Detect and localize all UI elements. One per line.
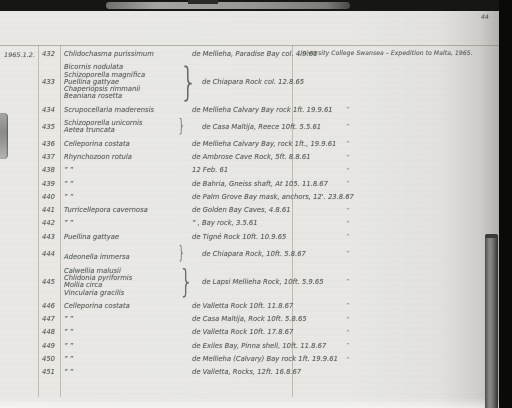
book-clamp — [485, 238, 498, 408]
species-names: Schizoporella unicornisAetea truncata — [64, 120, 186, 135]
register-row: 449” ”de Exiles Bay, Pinna shell, 10ft. … — [40, 343, 492, 350]
register-row: 450” ”de Mellieha (Calvary) Bay rock 1ft… — [40, 356, 492, 363]
group-brace: } — [179, 279, 193, 286]
species-names: Rhynchozoon rotula — [64, 154, 186, 161]
group-brace: } — [180, 79, 198, 86]
right-column-ditto-mark: ” — [346, 207, 349, 214]
locality-and-date: ” , Bay rock, 3.5.61 — [186, 220, 492, 227]
species-line: Vincularia gracilis — [64, 290, 186, 297]
entry-number: 444 — [40, 251, 64, 258]
book-page-edges — [106, 2, 350, 9]
species-line: ” ” — [64, 181, 186, 188]
register-rows: 432Chlidochasma purissimumde Mellieha, P… — [40, 51, 492, 377]
species-line: Turricellepora cavernosa — [64, 207, 186, 214]
entry-number: 433 — [40, 79, 64, 86]
register-row: 438” ”12 Feb. 61” — [40, 167, 492, 174]
right-column-ditto-mark: ” — [346, 107, 349, 114]
right-column-ditto-mark: ” — [346, 343, 349, 350]
species-line: Adeonella immersa — [64, 254, 186, 261]
species-names: Scrupocellaria maderensis — [64, 107, 186, 114]
entry-number: 446 — [40, 303, 64, 310]
entry-number: 447 — [40, 316, 64, 323]
locality-and-date: de Ambrose Cave Rock, 5ft. 8.8.61 — [186, 154, 492, 161]
header-rule — [0, 45, 499, 46]
page-number: 44 — [481, 14, 489, 21]
species-names: ” ” — [64, 220, 186, 227]
right-column-ditto-mark: ” — [346, 279, 349, 286]
group-brace: } — [178, 251, 186, 258]
species-names: ” ” — [64, 329, 186, 336]
species-line: ” ” — [64, 316, 186, 323]
entry-number: 445 — [40, 279, 64, 286]
register-row: 444 Adeonella immersa}de Chiapara Rock, … — [40, 247, 492, 262]
register-row: 442” ”” , Bay rock, 3.5.61” — [40, 220, 492, 227]
entry-number: 443 — [40, 234, 64, 241]
right-column-ditto-mark: ” — [346, 356, 349, 363]
species-names: ” ” — [64, 316, 186, 323]
scan-background-right — [499, 0, 512, 408]
species-names: Turricellepora cavernosa — [64, 207, 186, 214]
register-row: 443Puellina gattyaede Tigné Rock 10ft. 1… — [40, 234, 492, 241]
species-names: ” ” — [64, 369, 186, 376]
right-column-ditto-mark: ” — [346, 124, 349, 131]
entry-number: 435 — [40, 124, 64, 131]
species-line: ” ” — [64, 167, 186, 174]
species-names: Chlidochasma purissimum — [64, 51, 186, 58]
species-line: ” ” — [64, 343, 186, 350]
species-names: Calwellia malusiiChlidonia pyriformisMol… — [64, 268, 186, 297]
right-column-ditto-mark: ” — [346, 141, 349, 148]
species-names: ” ” — [64, 167, 186, 174]
register-row: 434Scrupocellaria maderensisde Mellieha … — [40, 107, 492, 114]
locality-and-date: de Mellieha, Paradise Bay col. 4.9.61 — [186, 51, 492, 58]
register-row: 446Celleporina costatade Valletta Rock 1… — [40, 303, 492, 310]
species-line: ” ” — [64, 329, 186, 336]
register-row: 437Rhynchozoon rotulade Ambrose Cave Roc… — [40, 154, 492, 161]
right-column-ditto-mark: ” — [346, 234, 349, 241]
register-row: 435Schizoporella unicornisAetea truncata… — [40, 120, 492, 135]
right-column-ditto-mark: ” — [346, 303, 349, 310]
register-row: 433Bicornis nodulataSchizoporella magnif… — [40, 64, 492, 100]
entry-number: 442 — [40, 220, 64, 227]
register-row: 447” ”de Casa Maltija, Rock 10ft. 5.8.65… — [40, 316, 492, 323]
locality-and-date: de Valletta Rock 10ft. 17.8.67 — [186, 329, 492, 336]
group-brace: } — [178, 124, 186, 131]
right-column-ditto-mark: ” — [346, 329, 349, 336]
species-names: ” ” — [64, 356, 186, 363]
right-column-ditto-mark: ” — [346, 181, 349, 188]
register-row: 432Chlidochasma purissimumde Mellieha, P… — [40, 51, 492, 58]
entry-number: 448 — [40, 329, 64, 336]
locality-and-date: 12 Feb. 61 — [186, 167, 492, 174]
register-row: 451” ”de Valletta, Rocks, 12ft. 16.8.67 — [40, 369, 492, 376]
entry-number: 437 — [40, 154, 64, 161]
register-row: 440” ”de Palm Grove Bay mask, anchors, 1… — [40, 194, 492, 201]
entry-number: 432 — [40, 51, 64, 58]
margin-rule-left — [38, 45, 39, 397]
species-names: ” ” — [64, 181, 186, 188]
species-line: Rhynchozoon rotula — [64, 154, 186, 161]
locality-and-date: de Valletta Rock 10ft. 11.8.67 — [186, 303, 492, 310]
entry-number: 436 — [40, 141, 64, 148]
locality-and-date: de Valletta, Rocks, 12ft. 16.8.67 — [186, 369, 492, 376]
locality-and-date: de Exiles Bay, Pinna shell, 10ft. 11.8.6… — [186, 343, 492, 350]
entry-number: 451 — [40, 369, 64, 376]
species-line: Beaniana rosetta — [64, 93, 186, 100]
species-names: Puellina gattyae — [64, 234, 186, 241]
locality-and-date: de Palm Grove Bay mask, anchors, 12'. 23… — [186, 194, 492, 201]
species-line: Chlidochasma purissimum — [64, 51, 186, 58]
page-edge-notch — [188, 0, 218, 4]
right-column-ditto-mark: ” — [346, 194, 349, 201]
species-line: ” ” — [64, 356, 186, 363]
species-names: ” ” — [64, 194, 186, 201]
scanned-register-photo: 44 1965.1.2. University College Swansea … — [0, 0, 512, 408]
species-line: Scrupocellaria maderensis — [64, 107, 186, 114]
entry-number: 440 — [40, 194, 64, 201]
locality-and-date: de Mellieha (Calvary) Bay rock 1ft. 19.9… — [186, 356, 492, 363]
right-column-ditto-mark: ” — [346, 154, 349, 161]
locality-and-date: de Tigné Rock 10ft. 10.9.65 — [186, 234, 492, 241]
locality-and-date: de Mellieha Calvary Bay, rock 1ft., 19.9… — [186, 141, 492, 148]
entry-number: 449 — [40, 343, 64, 350]
right-column-ditto-mark: ” — [346, 167, 349, 174]
locality-and-date: de Bahria, Gneiss shaft, At 105. 11.8.67 — [186, 181, 492, 188]
accession-label: 1965.1.2. — [4, 51, 35, 59]
right-column-ditto-mark: ” — [346, 316, 349, 323]
entry-number: 438 — [40, 167, 64, 174]
register-row: 439” ”de Bahria, Gneiss shaft, At 105. 1… — [40, 181, 492, 188]
species-line: Aetea truncata — [64, 127, 186, 134]
register-row: 441Turricellepora cavernosade Golden Bay… — [40, 207, 492, 214]
species-line: Puellina gattyae — [64, 234, 186, 241]
register-page: 44 1965.1.2. University College Swansea … — [0, 11, 499, 408]
locality-and-date: de Chiapara Rock col. 12.8.65 — [186, 79, 492, 86]
species-names: Bicornis nodulataSchizoporella magnifica… — [64, 64, 186, 100]
locality-and-date: de Mellieha Calvary Bay rock 1ft. 19.9.6… — [186, 107, 492, 114]
species-line: Celleporina costata — [64, 303, 186, 310]
register-row: 448” ”de Valletta Rock 10ft. 17.8.67” — [40, 329, 492, 336]
species-line: ” ” — [64, 220, 186, 227]
entry-number: 434 — [40, 107, 64, 114]
locality-and-date: de Casa Maltija, Rock 10ft. 5.8.65 — [186, 316, 492, 323]
species-names: Celleporina costata — [64, 141, 186, 148]
species-names: Adeonella immersa — [64, 247, 186, 262]
entry-number: 450 — [40, 356, 64, 363]
right-column-ditto-mark: ” — [346, 251, 349, 258]
entry-number: 441 — [40, 207, 64, 214]
register-row: 436Celleporina costatade Mellieha Calvar… — [40, 141, 492, 148]
register-row: 445Calwellia malusiiChlidonia pyriformis… — [40, 268, 492, 297]
locality-and-date: de Golden Bay Caves, 4.8.61 — [186, 207, 492, 214]
locality-and-date: de Lapsi Mellieha Rock, 10ft. 5.9.65 — [186, 279, 492, 286]
species-line: ” ” — [64, 369, 186, 376]
locality-and-date: de Casa Maltija, Reece 10ft. 5.5.61 — [186, 124, 492, 131]
species-line: Celleporina costata — [64, 141, 186, 148]
page-marker-tab — [0, 113, 8, 159]
right-column-ditto-mark: ” — [346, 220, 349, 227]
species-line: ” ” — [64, 194, 186, 201]
locality-and-date: de Chiapara Rock, 10ft. 5.8.67 — [186, 251, 492, 258]
species-names: ” ” — [64, 343, 186, 350]
species-names: Celleporina costata — [64, 303, 186, 310]
entry-number: 439 — [40, 181, 64, 188]
